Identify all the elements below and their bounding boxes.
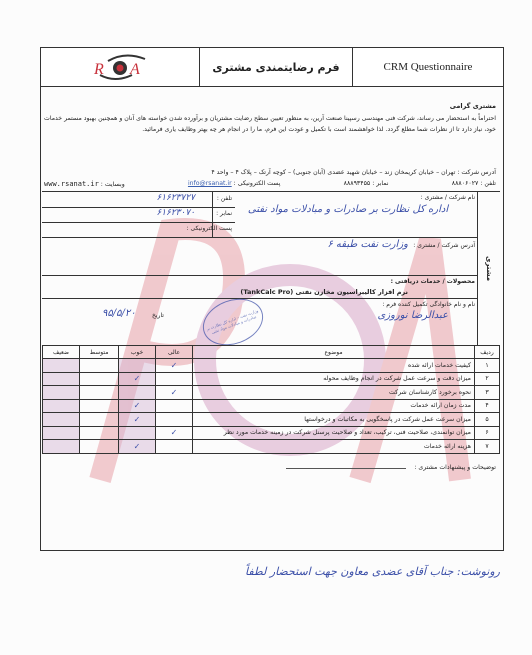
customer-section-label: مشتری xyxy=(477,192,500,346)
filler-signature: عبدالرضا نوروزی xyxy=(377,310,448,321)
customer-name-label: نام شرکت / مشتری : xyxy=(421,194,475,201)
website-label: وبسایت : xyxy=(101,181,125,188)
row-number: ۶ xyxy=(475,426,500,440)
svg-text:R: R xyxy=(93,61,104,78)
row-number: ۴ xyxy=(475,399,500,413)
table-row: ۴مدت زمان ارائه خدمات✓ xyxy=(43,399,500,413)
row-subject: میزان دقت و سرعت عمل شرکت در انجام وظایف… xyxy=(193,372,475,386)
rating-excellent[interactable]: ✓ xyxy=(156,359,193,373)
table-row: ۱کیفیت خدمات ارائه شده✓ xyxy=(43,359,500,373)
rating-good[interactable]: ✓ xyxy=(119,399,156,413)
customer-email-cell: پست الکترونیکی : xyxy=(42,222,235,237)
customer-address-label: آدرس شرکت / مشتری : xyxy=(413,242,475,249)
col-header-good: خوب xyxy=(119,346,156,359)
customer-fax-cell: نمابر : ۶۱۶۲۳۰۷۰ xyxy=(42,207,235,223)
date-label: تاریخ xyxy=(152,312,164,319)
handwritten-cc-note: رونوشت: جناب آقای عضدی معاون جهت استحضار… xyxy=(200,565,500,578)
svg-text:A: A xyxy=(129,61,140,78)
row-number: ۷ xyxy=(475,440,500,454)
row-subject: مدت زمان ارائه خدمات xyxy=(193,399,475,413)
comments-label: توضیحات و پیشنهادات مشتری : xyxy=(414,464,496,471)
rating-poor[interactable] xyxy=(43,399,80,413)
customer-phone-label: تلفن : xyxy=(217,195,232,202)
customer-name-cell: نام شرکت / مشتری : اداره کل نظارت بر صاد… xyxy=(212,192,478,237)
rating-poor[interactable] xyxy=(43,372,80,386)
rating-poor[interactable] xyxy=(43,440,80,454)
table-header-row: ردیف موضوع عالی خوب متوسط ضعیف xyxy=(43,346,500,359)
row-number: ۳ xyxy=(475,386,500,400)
col-header-average: متوسط xyxy=(80,346,119,359)
check-mark-icon: ✓ xyxy=(171,388,178,397)
intro-paragraph: مشتری گرامی احتراماً به استحضار می رساند… xyxy=(44,101,496,136)
rating-average[interactable] xyxy=(80,440,119,454)
customer-name-row: نام شرکت / مشتری : اداره کل نظارت بر صاد… xyxy=(42,192,478,238)
rating-excellent[interactable] xyxy=(156,440,193,454)
company-email-group: پست الکترونیکی : info@rsanat.ir xyxy=(188,180,281,188)
company-phone: تلفن : ۸۸۸۰۶۰۲۷ xyxy=(452,180,496,188)
row-number: ۲ xyxy=(475,372,500,386)
rating-average[interactable] xyxy=(80,386,119,400)
company-fax: نمابر : ۸۸۸۹۳۴۵۵ xyxy=(344,180,389,188)
table-row: ۶میزان توانمندی، صلاحیت فنی، ترکیب، تعدا… xyxy=(43,426,500,440)
check-mark-icon: ✓ xyxy=(171,428,178,437)
row-subject: میزان سرعت عمل شرکت در پاسخگویی به مکاتب… xyxy=(193,413,475,427)
comments-section: توضیحات و پیشنهادات مشتری : xyxy=(44,464,496,471)
rating-poor[interactable] xyxy=(43,413,80,427)
roa-logo-icon: R A xyxy=(80,53,160,81)
rating-poor[interactable] xyxy=(43,359,80,373)
rating-average[interactable] xyxy=(80,413,119,427)
products-row: محصولات / خدمات دریافتی : نرم افزار کالی… xyxy=(42,275,478,299)
rating-average[interactable] xyxy=(80,426,119,440)
customer-phone-cell: تلفن : ۶۱۶۲۳۷۲۷ xyxy=(42,192,235,208)
check-mark-icon: ✓ xyxy=(134,401,141,410)
company-website[interactable]: www.rsanat.ir xyxy=(44,180,99,188)
company-address: آدرس شرکت : تهران – خیابان کریمخان زند –… xyxy=(44,168,496,178)
check-mark-icon: ✓ xyxy=(171,361,178,370)
form-header: R A فرم رضایتمندی مشتری CRM Questionnair… xyxy=(40,47,504,87)
rating-good[interactable]: ✓ xyxy=(119,440,156,454)
check-mark-icon: ✓ xyxy=(134,415,141,424)
email-label: پست الکترونیکی : xyxy=(234,180,281,187)
customer-vertical-label: مشتری xyxy=(485,256,493,281)
check-mark-icon: ✓ xyxy=(134,374,141,383)
scanned-form-page: R A فرم رضایتمندی مشتری CRM Questionnair… xyxy=(0,0,532,655)
customer-name-value: اداره کل نظارت بر صادرات و مبادلات مواد … xyxy=(238,204,458,216)
date-value: ۹۵/۵/۲۰ xyxy=(102,308,136,319)
table-row: ۷هزینه ارائه خدمات✓ xyxy=(43,440,500,454)
customer-email-label: پست الکترونیکی : xyxy=(187,225,232,232)
rating-good[interactable] xyxy=(119,359,156,373)
rating-excellent[interactable] xyxy=(156,372,193,386)
check-mark-icon: ✓ xyxy=(134,442,141,451)
greeting: مشتری گرامی xyxy=(44,101,496,113)
customer-fax-value: ۶۱۶۲۳۰۷۰ xyxy=(156,208,195,218)
rating-average[interactable] xyxy=(80,399,119,413)
customer-phone-value: ۶۱۶۲۳۷۲۷ xyxy=(156,193,195,203)
rating-good[interactable]: ✓ xyxy=(119,413,156,427)
col-header-subject: موضوع xyxy=(193,346,475,359)
col-header-poor: ضعیف xyxy=(43,346,80,359)
form-title-persian: فرم رضایتمندی مشتری xyxy=(199,48,352,86)
rating-average[interactable] xyxy=(80,372,119,386)
row-number: ۵ xyxy=(475,413,500,427)
rating-poor[interactable] xyxy=(43,426,80,440)
company-email-link[interactable]: info@rsanat.ir xyxy=(188,180,232,187)
customer-address-value: وزارت نفت طبقه ۶ xyxy=(327,239,408,250)
col-header-row-number: ردیف xyxy=(475,346,500,359)
intro-body: احتراماً به استحضار می رساند، شرکت فنی م… xyxy=(44,113,496,136)
filler-label: نام و نام خانوادگی تکمیل کننده فرم : xyxy=(382,301,475,308)
company-contact-line: تلفن : ۸۸۸۰۶۰۲۷ نمابر : ۸۸۸۹۳۴۵۵ پست الک… xyxy=(44,180,496,188)
row-number: ۱ xyxy=(475,359,500,373)
rating-excellent[interactable] xyxy=(156,413,193,427)
rating-excellent[interactable]: ✓ xyxy=(156,426,193,440)
row-subject: میزان توانمندی، صلاحیت فنی، ترکیب، تعداد… xyxy=(193,426,475,440)
table-row: ۲میزان دقت و سرعت عمل شرکت در انجام وظای… xyxy=(43,372,500,386)
rating-poor[interactable] xyxy=(43,386,80,400)
official-stamp: وزارت نفت – اداره کل نظارت بر صادرات و م… xyxy=(196,291,269,354)
col-header-excellent: عالی xyxy=(156,346,193,359)
form-title-english: CRM Questionnaire xyxy=(352,48,503,86)
products-value: نرم افزار کالیبراسیون مخازن نفتی (TankCa… xyxy=(240,288,408,296)
products-label: محصولات / خدمات دریافتی : xyxy=(391,278,475,285)
table-row: ۵میزان سرعت عمل شرکت در پاسخگویی به مکات… xyxy=(43,413,500,427)
row-subject: هزینه ارائه خدمات xyxy=(193,440,475,454)
rating-good[interactable] xyxy=(119,426,156,440)
customer-address-row: آدرس شرکت / مشتری : وزارت نفت طبقه ۶ xyxy=(42,237,478,276)
customer-section: مشتری نام شرکت / مشتری : اداره کل نظارت … xyxy=(42,191,500,346)
row-subject: نحوه برخورد کارشناسان شرکت xyxy=(193,386,475,400)
satisfaction-table: ردیف موضوع عالی خوب متوسط ضعیف ۱کیفیت خد… xyxy=(42,345,500,454)
form-filler-row: نام و نام خانوادگی تکمیل کننده فرم : عبد… xyxy=(42,298,478,346)
comments-field[interactable] xyxy=(286,468,406,469)
rating-excellent[interactable]: ✓ xyxy=(156,386,193,400)
rating-excellent[interactable] xyxy=(156,399,193,413)
rating-good[interactable]: ✓ xyxy=(119,372,156,386)
rating-average[interactable] xyxy=(80,359,119,373)
table-row: ۳نحوه برخورد کارشناسان شرکت✓ xyxy=(43,386,500,400)
customer-fax-label: نمابر : xyxy=(216,210,232,217)
company-website-group: وبسایت : www.rsanat.ir xyxy=(44,180,125,188)
roa-logo: R A xyxy=(41,48,199,86)
row-subject: کیفیت خدمات ارائه شده xyxy=(193,359,475,373)
rating-good[interactable] xyxy=(119,386,156,400)
